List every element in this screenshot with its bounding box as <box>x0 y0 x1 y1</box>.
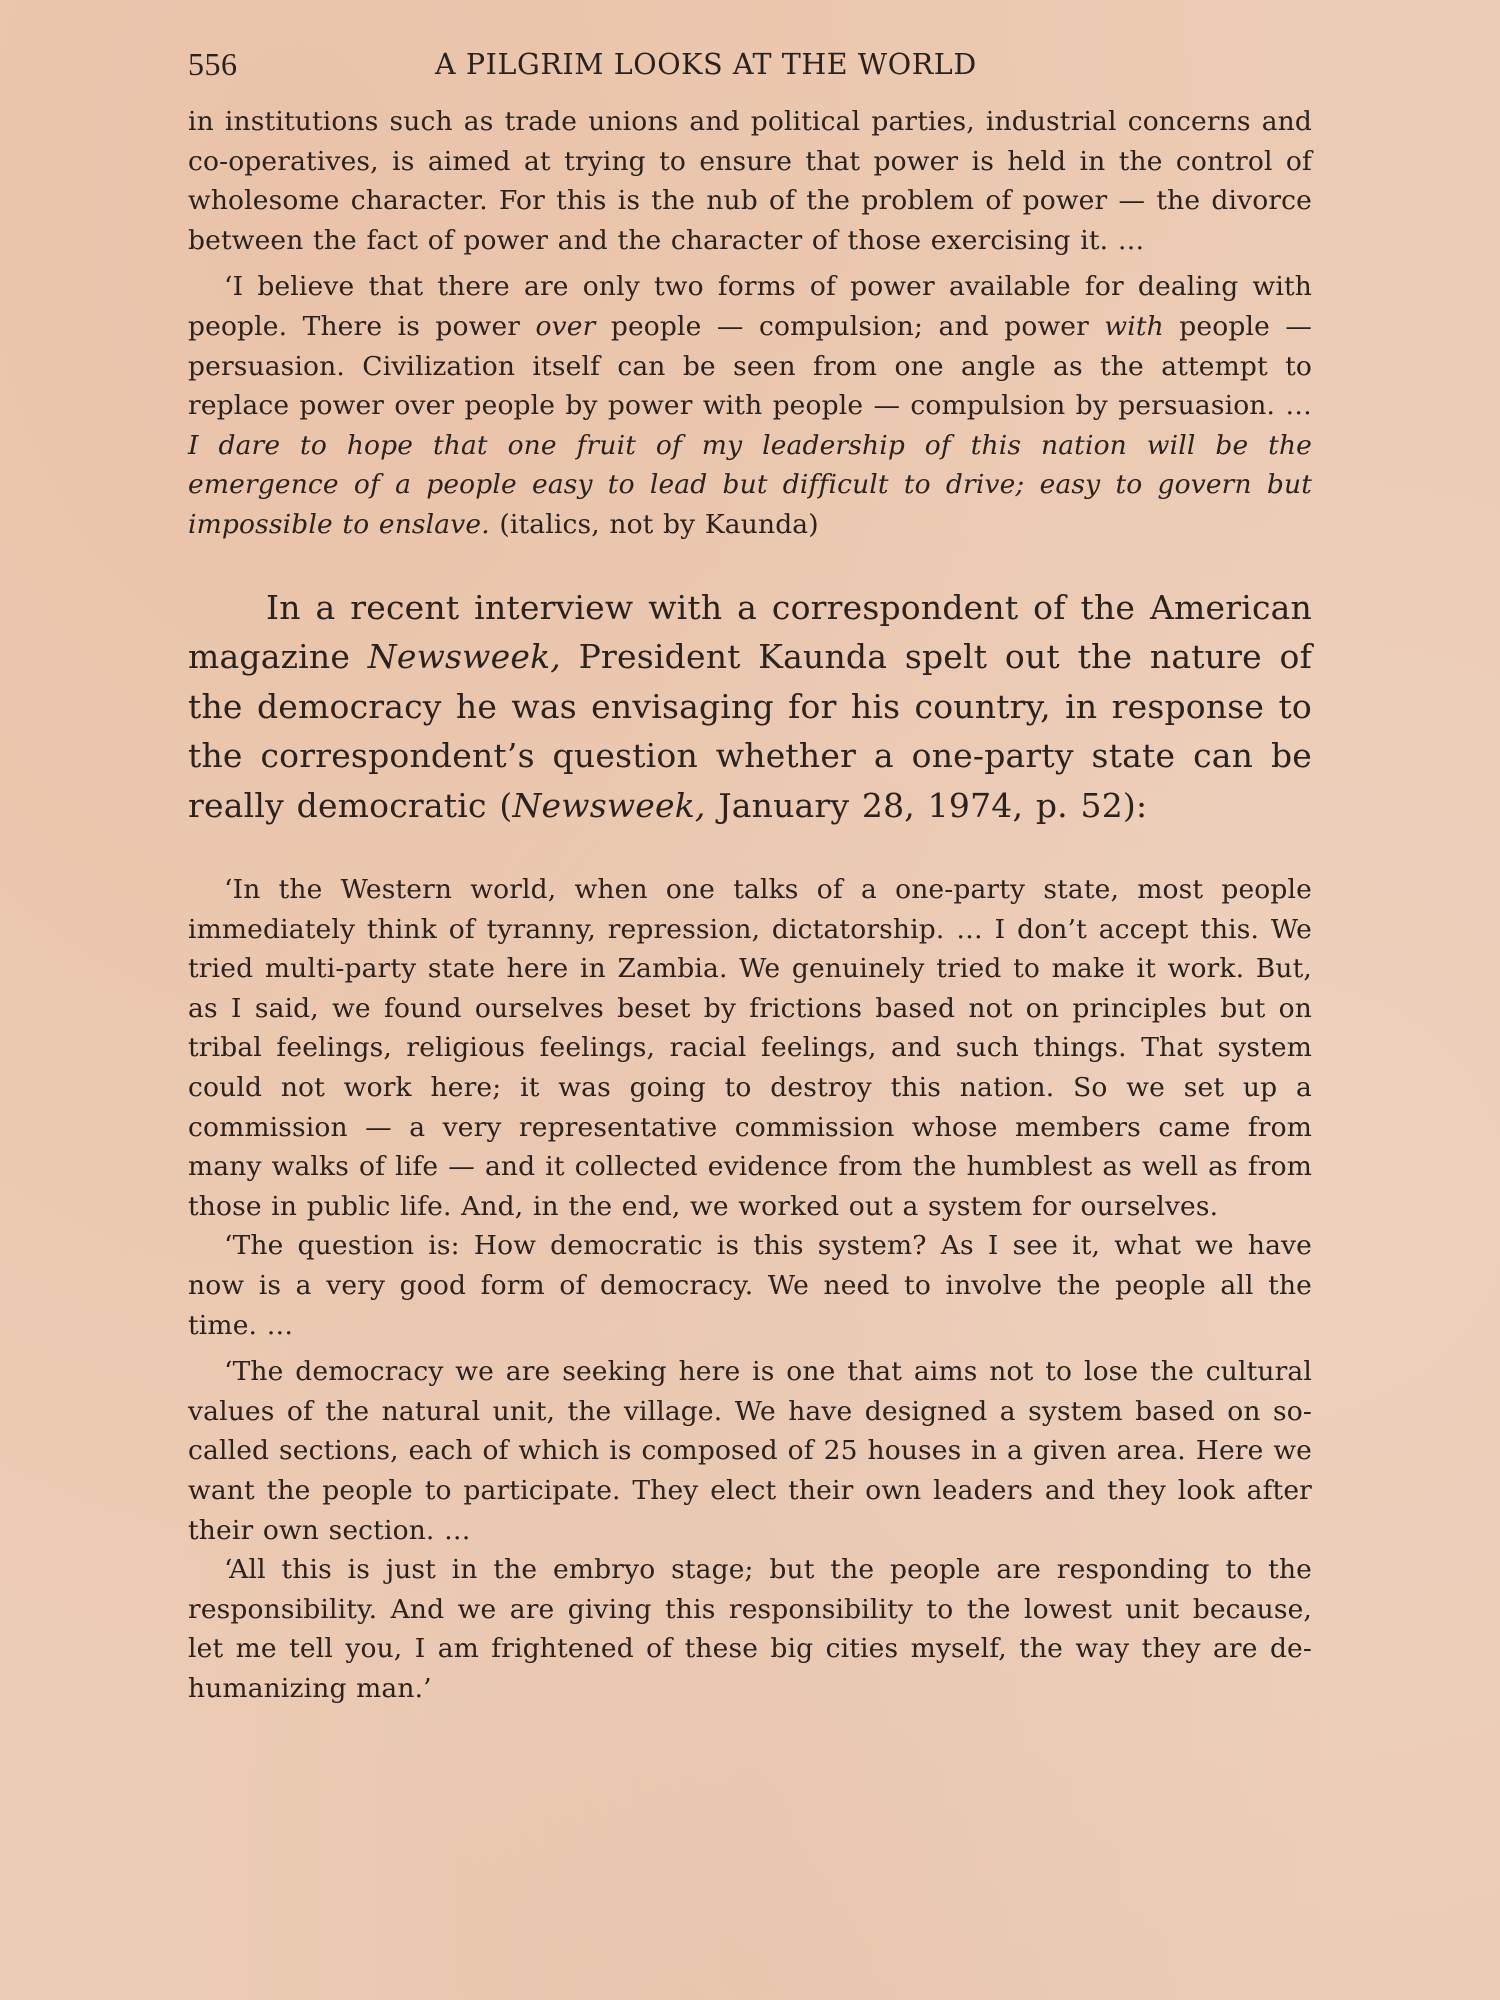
quote-embryo-stage: ‘All this is just in the embryo stage; b… <box>188 1550 1312 1708</box>
paragraph-institutions: in institutions such as trade unions and… <box>188 102 1312 260</box>
text-segment: January 28, 1974, p. 52): <box>706 786 1148 825</box>
book-page: 556 A PILGRIM LOOKS AT THE WORLD in inst… <box>188 40 1312 1709</box>
italic-segment: with <box>1104 311 1163 342</box>
running-head: 556 A PILGRIM LOOKS AT THE WORLD <box>188 40 1312 90</box>
paragraph-newsweek-interview: In a recent interview with a corresponde… <box>188 583 1312 831</box>
quote-question: ‘The question is: How democratic is this… <box>188 1226 1312 1345</box>
book-title: A PILGRIM LOOKS AT THE WORLD <box>435 48 977 81</box>
text-segment: (italics, not by Kaunda) <box>490 509 819 540</box>
italic-segment: Newsweek, <box>368 637 561 676</box>
text-segment: people — compulsion; and power <box>595 311 1104 342</box>
page-number: 556 <box>188 46 238 83</box>
italic-segment: over <box>536 311 596 342</box>
italic-segment: Newsweek, <box>512 786 705 825</box>
quote-democracy-sections: ‘The democracy we are seeking here is on… <box>188 1352 1312 1550</box>
quote-western-world: ‘In the Western world, when one talks of… <box>188 870 1312 1226</box>
quote-forms-of-power: ‘I believe that there are only two forms… <box>188 267 1312 544</box>
